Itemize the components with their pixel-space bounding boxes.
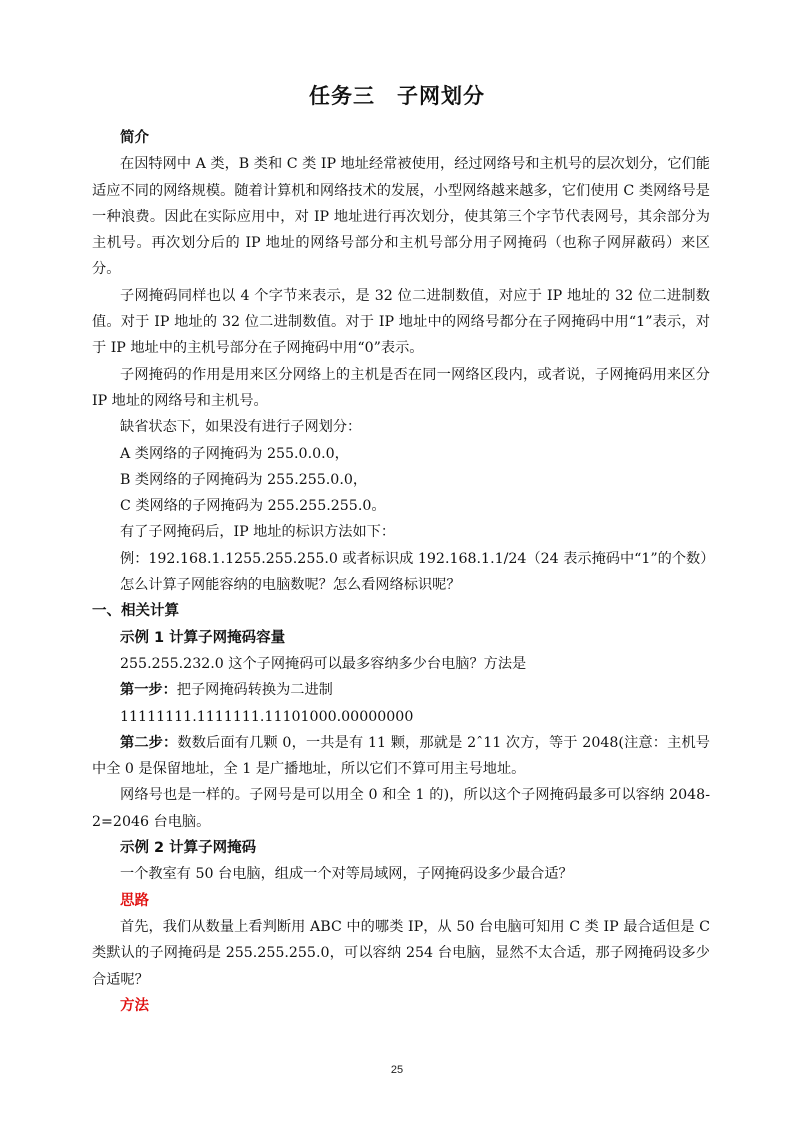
document-body: 简介 在因特网中 A 类，B 类和 C 类 IP 地址经常被使用，经过网络号和主…	[92, 125, 710, 1019]
step1-label: 第一步：	[120, 682, 177, 698]
example1-heading: 示例 1 计算子网掩码容量	[92, 625, 710, 651]
step1-text: 把子网掩码转换为二进制	[177, 682, 333, 698]
mask-class-a: A 类网络的子网掩码为 255.0.0.0，	[92, 441, 710, 467]
idea-text: 首先，我们从数量上看判断用 ABC 中的哪类 IP，从 50 台电脑可知用 C …	[92, 914, 710, 993]
intro-question: 怎么计算子网能容纳的电脑数呢？怎么看网络标识呢？	[92, 572, 710, 598]
intro-paragraph-3: 子网掩码的作用是用来区分网络上的主机是否在同一网络区段内，或者说，子网掩码用来区…	[92, 362, 710, 415]
step2-label: 第二步：	[120, 735, 177, 751]
section-heading: 一、相关计算	[92, 598, 710, 624]
intro-paragraph-4: 缺省状态下，如果没有进行子网划分：	[92, 414, 710, 440]
example1-question: 255.255.232.0 这个子网掩码可以最多容纳多少台电脑？方法是	[92, 651, 710, 677]
example1-step1: 第一步：把子网掩码转换为二进制	[92, 677, 710, 703]
example2-question: 一个教室有 50 台电脑，组成一个对等局域网，子网掩码设多少最合适？	[92, 861, 710, 887]
intro-heading: 简介	[92, 125, 710, 151]
intro-paragraph-1: 在因特网中 A 类，B 类和 C 类 IP 地址经常被使用，经过网络号和主机号的…	[92, 151, 710, 282]
mask-class-c: C 类网络的子网掩码为 255.255.255.0。	[92, 493, 710, 519]
title-part1: 任务三	[309, 84, 375, 108]
example1-binary: 11111111.1111111.11101000.00000000	[92, 704, 710, 730]
title-part2: 子网划分	[397, 84, 485, 108]
method-label: 方法	[92, 993, 710, 1019]
example2-heading: 示例 2 计算子网掩码	[92, 835, 710, 861]
idea-label: 思路	[92, 888, 710, 914]
intro-example: 例：192.168.1.1255.255.255.0 或者标识成 192.168…	[92, 546, 710, 572]
document-page: 任务三子网划分 简介 在因特网中 A 类，B 类和 C 类 IP 地址经常被使用…	[0, 0, 794, 1123]
example1-step2: 第二步：数数后面有几颗 0，一共是有 11 颗，那就是 2ˆ11 次方，等于 2…	[92, 730, 710, 783]
intro-paragraph-2: 子网掩码同样也以 4 个字节来表示，是 32 位二进制数值，对应于 IP 地址的…	[92, 283, 710, 362]
mask-class-b: B 类网络的子网掩码为 255.255.0.0，	[92, 467, 710, 493]
intro-paragraph-5: 有了子网掩码后，IP 地址的标识方法如下：	[92, 519, 710, 545]
page-number: 25	[0, 1064, 794, 1076]
page-title: 任务三子网划分	[0, 80, 794, 110]
example1-note: 网络号也是一样的。子网号是可以用全 0 和全 1 的)，所以这个子网掩码最多可以…	[92, 782, 710, 835]
step2-text: 数数后面有几颗 0，一共是有 11 颗，那就是 2ˆ11 次方，等于 2048(…	[92, 735, 710, 777]
